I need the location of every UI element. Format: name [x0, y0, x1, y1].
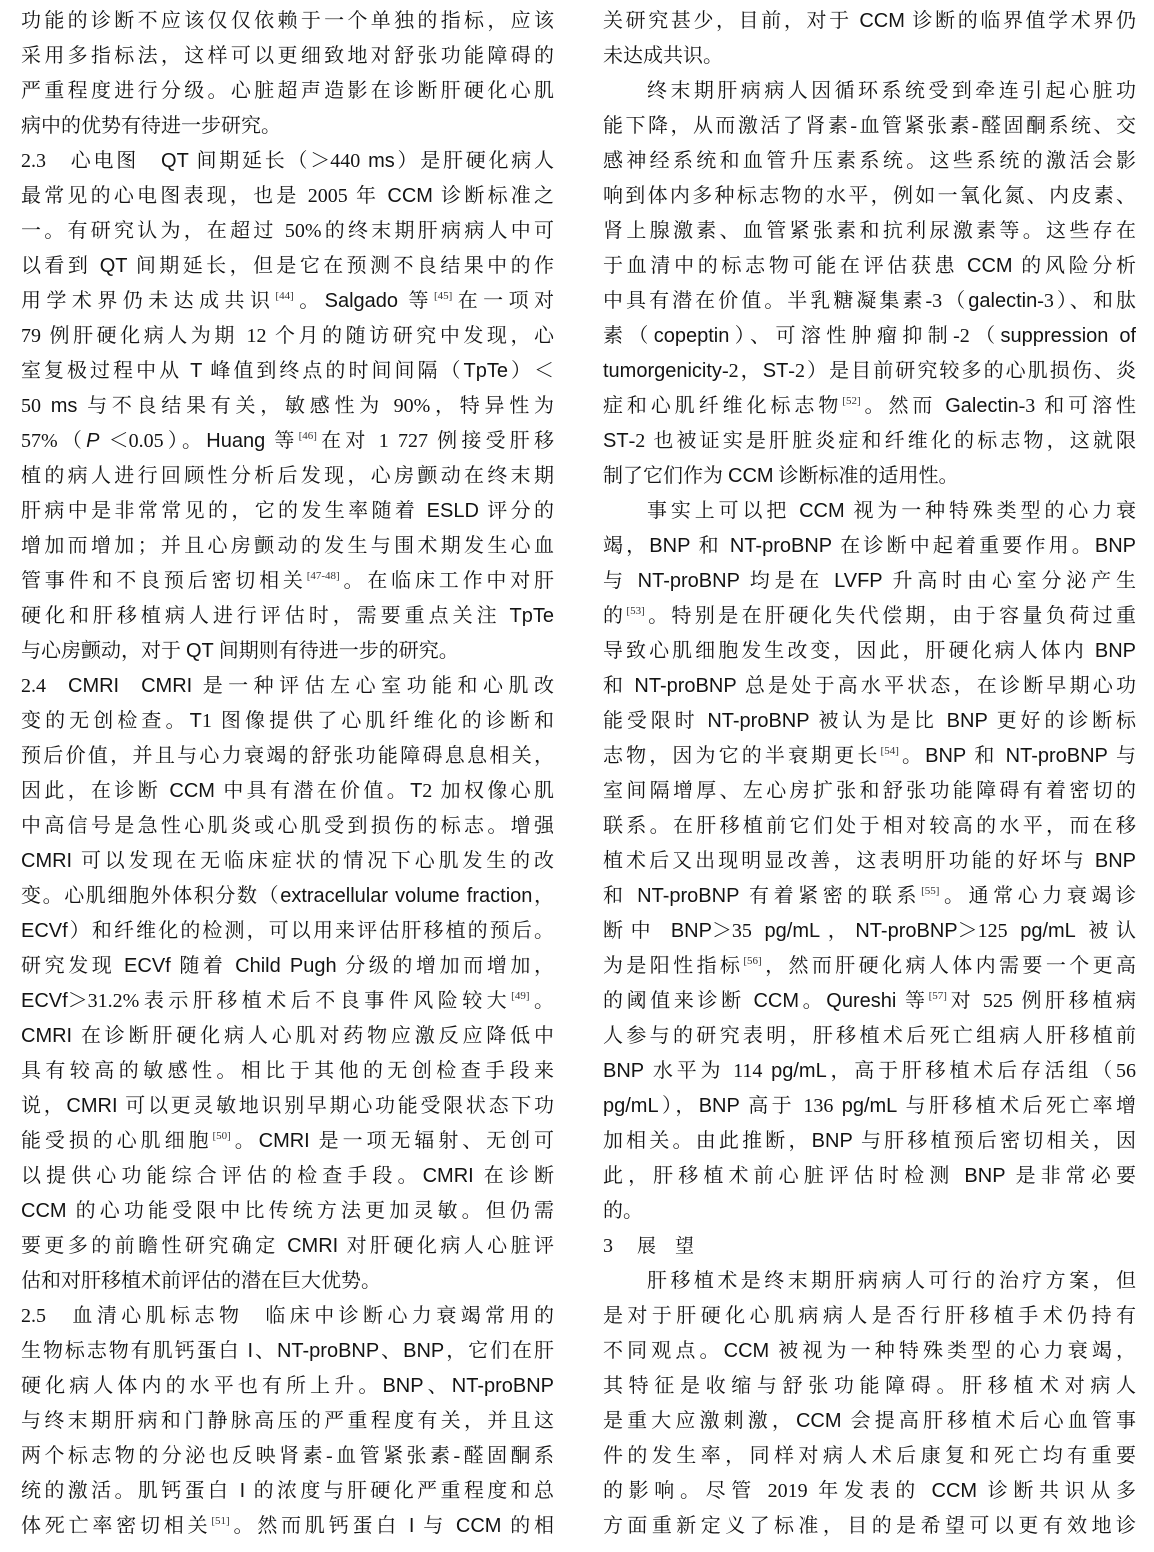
text-line: 症和心肌纤维化标志物[52]。然而 Galectin-3 和可溶性	[603, 389, 1136, 424]
latin-term: ECVf	[21, 920, 68, 942]
text-run: 分级的增加而增加，	[337, 955, 554, 977]
latin-term: NT-proBNP	[638, 570, 740, 592]
text-run: 是非常必要	[1006, 1165, 1136, 1187]
text-run: 是一项无辐射、无创可	[310, 1130, 554, 1152]
text-run: 。	[231, 1130, 259, 1152]
citation-ref: [52]	[842, 395, 860, 407]
latin-term: BNP	[699, 1095, 740, 1117]
text-run: 。	[799, 990, 826, 1012]
text-line: CCM 的心功能受限中比传统方法更加灵敏。但仍需	[21, 1194, 554, 1229]
text-run: ＞35	[712, 920, 765, 942]
text-run: 的。	[603, 1200, 643, 1222]
text-run: 与	[603, 570, 638, 592]
paper-page: 功能的诊断不应该仅仅依赖于一个单独的指标，应该采用多指标法，这样可以更细致地对舒…	[0, 0, 1154, 1552]
text-run: 以看到	[21, 255, 100, 277]
text-run: ＞125	[958, 920, 1021, 942]
text-run: 诊断标准的适用性。	[774, 465, 959, 487]
latin-term: ms	[368, 150, 395, 172]
text-run: ＞31.2%表示肝移植术后不良事件风险较大	[68, 990, 511, 1012]
text-run: 断中	[603, 920, 671, 942]
text-run: ）和纤维化的检测，可以用来评估肝移植的预后。	[68, 920, 554, 942]
citation-ref: [46]	[299, 430, 317, 442]
text-run: 、	[379, 1340, 403, 1362]
text-line: 生物标志物有肌钙蛋白 I、NT-proBNP、BNP，它们在肝	[21, 1334, 554, 1369]
text-run: 硬化和肝移植病人进行评估时，需要重点关注	[21, 605, 510, 627]
text-run: 等	[398, 290, 434, 312]
text-run: 关研究甚少，目前，对于	[603, 10, 859, 32]
text-run: 总是处于高水平状态，在诊断早期心功	[737, 675, 1136, 697]
text-run: 室间隔增厚、左心房扩张和舒张功能障碍有着密切的	[603, 780, 1136, 802]
text-run: 的相	[501, 1515, 554, 1537]
citation-ref: [44]	[275, 290, 293, 302]
latin-term: CCM	[387, 185, 433, 207]
text-line: 是重大应激刺激，CCM 会提高肝移植术后心血管事	[603, 1404, 1136, 1439]
latin-term: CCM	[932, 1480, 978, 1502]
text-run: 增加而增加；并且心房颤动的发生与围术期发生心血	[21, 535, 554, 557]
text-run: 。然而	[861, 395, 946, 417]
text-line: 一。有研究认为，在超过 50%的终末期肝病病人中可	[21, 214, 554, 249]
latin-term: CCM	[728, 465, 774, 487]
text-run: 肝病中是非常常见的，它的发生率随着	[21, 500, 427, 522]
text-run: 诊断的临界值学术界仍	[905, 10, 1136, 32]
text-line: 肾上腺激素、血管紧张素和抗利尿激素等。这些存在	[603, 214, 1136, 249]
text-line: 估和对肝移植术前评估的潜在巨大优势。	[21, 1264, 554, 1299]
text-line: 统的激活。肌钙蛋白 I 的浓度与肝硬化严重程度和总	[21, 1474, 554, 1509]
section-title: 血清心肌标志物	[68, 1305, 243, 1327]
text-run: 与不良结果有关，敏感性为 90%，特异性为	[77, 395, 554, 417]
text-line: 中具有潜在价值。半乳糖凝集素-3（galectin-3）、和肽	[603, 284, 1136, 319]
text-run: 有着紧密的联系	[739, 885, 921, 907]
text-run: 与终末期肝病和门静脉高压的严重程度有关，并且这	[21, 1410, 554, 1432]
latin-term: LVFP	[834, 570, 883, 592]
text-run: 不同观点。	[603, 1340, 724, 1362]
text-line: 方面重新定义了标准，目的是希望可以更有效地诊	[603, 1509, 1136, 1544]
text-run: 响到体内多种标志物的水平，例如一氧化氮、内皮素、	[603, 185, 1136, 207]
text-line: 用学术界仍未达成共识[44]。Salgado 等[45]在一项对	[21, 284, 554, 319]
text-line: 和 NT-proBNP 有着紧密的联系[55]。通常心力衰竭诊	[603, 879, 1136, 914]
text-line: 2.4CMRICMRI 是一种评估左心室功能和心肌改	[21, 669, 554, 704]
text-run: 和	[690, 535, 729, 557]
text-line: 管事件和不良预后密切相关[47-48]。在临床工作中对肝	[21, 564, 554, 599]
text-run: 感神经系统和血管升压素系统。这些系统的激活会影	[603, 150, 1136, 172]
text-run: 均是在	[740, 570, 834, 592]
text-line: 病中的优势有待进一步研究。	[21, 109, 554, 144]
text-line: 加相关。由此推断，BNP 与肝移植预后密切相关，因	[603, 1124, 1136, 1159]
latin-term: pg/mL	[603, 1095, 659, 1117]
text-run: 变。心肌细胞外体积分数（	[21, 885, 280, 907]
text-run: ）、可溶性肿瘤抑制-2（	[729, 325, 1000, 347]
latin-term: pg/mL	[1020, 920, 1076, 942]
text-run: 、	[253, 1340, 277, 1362]
text-run: 峰值到终点的时间间隔（	[202, 360, 463, 382]
text-run: 。	[530, 990, 555, 1012]
text-line: 以提供心功能综合评估的检查手段。CMRI 在诊断	[21, 1159, 554, 1194]
text-run: 被认为是比	[810, 710, 947, 732]
citation-ref: [55]	[921, 885, 939, 897]
text-line: 植的病人进行回顾性分析后发现，心房颤动在终末期	[21, 459, 554, 494]
text-line: 其特征是收缩与舒张功能障碍。肝移植术对病人	[603, 1369, 1136, 1404]
latin-term: pg/mL	[765, 920, 821, 942]
text-line: 中高信号是急性心肌炎或心肌受到损伤的标志。增强	[21, 809, 554, 844]
text-line: ST-2 也被证实是肝脏炎症和纤维化的标志物，这就限	[603, 424, 1136, 459]
text-run: 可以发现在无临床症状的情况下心肌发生的改	[72, 850, 554, 872]
text-line: 以看到 QT 间期延长，但是它在预测不良结果中的作	[21, 249, 554, 284]
text-line: 植术后又出现明显改善，这表明肝功能的好坏与 BNP	[603, 844, 1136, 879]
text-line: 与终末期肝病和门静脉高压的严重程度有关，并且这	[21, 1404, 554, 1439]
text-run: 间期延长（＞440	[189, 150, 368, 172]
section-number: 2.3	[21, 150, 46, 172]
latin-term: BNP	[403, 1340, 444, 1362]
latin-term: Qureshi	[826, 990, 896, 1012]
left-column: 功能的诊断不应该仅仅依赖于一个单独的指标，应该采用多指标法，这样可以更细致地对舒…	[21, 4, 554, 1544]
text-run: 事实上可以把	[647, 500, 799, 522]
text-run: 。	[294, 290, 325, 312]
section-heading: 3展 望	[603, 1229, 1136, 1264]
text-run: 和	[603, 885, 637, 907]
text-line: 为是阳性指标[56]，然而肝硬化病人体内需要一个更高	[603, 949, 1136, 984]
text-line: 严重程度进行分级。心脏超声造影在诊断肝硬化心肌	[21, 74, 554, 109]
text-run: 硬化病人体内的水平也有所上升。	[21, 1375, 382, 1397]
text-run: ，	[820, 920, 855, 942]
text-line: 导致心肌细胞发生改变，因此，肝硬化病人体内 BNP	[603, 634, 1136, 669]
text-run: 的浓度与肝硬化严重程度和总	[245, 1480, 554, 1502]
text-run: 估和对肝移植术前评估的潜在巨大优势。	[21, 1270, 381, 1292]
text-run: 研究发现	[21, 955, 124, 977]
latin-term: ms	[51, 395, 78, 417]
heading-number: 3	[603, 1235, 613, 1257]
text-line: 说，CMRI 可以更灵敏地识别早期心功能受限状态下功	[21, 1089, 554, 1124]
latin-term: T	[190, 710, 202, 732]
text-run: 。然而肌钙蛋白	[230, 1515, 409, 1537]
latin-term: ST	[763, 360, 789, 382]
text-line: pg/mL），BNP 高于 136 pg/mL 与肝移植术后死亡率增	[603, 1089, 1136, 1124]
latin-term: ECVf	[21, 990, 68, 1012]
latin-term: galectin	[968, 290, 1037, 312]
text-line: 要更多的前瞻性研究确定 CMRI 对肝硬化病人心脏评	[21, 1229, 554, 1264]
text-run: 中高信号是急性心肌炎或心肌受到损伤的标志。增强	[21, 815, 554, 837]
text-line: 2.5血清心肌标志物临床中诊断心力衰竭常用的	[21, 1299, 554, 1334]
text-line: 肝移植术是终末期肝病病人可行的治疗方案，但	[603, 1264, 1136, 1299]
text-run: 在诊断肝硬化病人心肌对药物应激反应降低中	[72, 1025, 554, 1047]
latin-term: NT-proBNP	[1006, 745, 1108, 767]
text-run: 在对 1 727 例接受肝移	[317, 430, 554, 452]
text-run: 的阈值来诊断	[603, 990, 753, 1012]
latin-term: CMRI	[21, 1025, 72, 1047]
text-run: 等	[265, 430, 298, 452]
latin-term: ECVf	[124, 955, 171, 977]
text-run: 说，	[21, 1095, 66, 1117]
latin-term: CCM	[859, 10, 905, 32]
latin-term: TpTe	[510, 605, 554, 627]
citation-ref: [50]	[212, 1130, 230, 1142]
heading-title: 展 望	[637, 1236, 694, 1257]
text-run: 因此，在诊断	[21, 780, 169, 802]
latin-term: BNP	[382, 1375, 423, 1397]
text-run: 志物，因为它的半衰期更长	[603, 745, 881, 767]
citation-ref: [57]	[929, 990, 947, 1002]
text-line: 肝病中是非常常见的，它的发生率随着 ESLD 评分的	[21, 494, 554, 529]
text-run: 79 例肝硬化病人为期 12 个月的随访研究中发现，心	[21, 325, 554, 347]
text-line: 的[53]。特别是在肝硬化失代偿期，由于容量负荷过重	[603, 599, 1136, 634]
section-title: CMRI	[68, 675, 119, 697]
text-run: 等	[896, 990, 928, 1012]
text-run: ），	[659, 1095, 699, 1117]
latin-term: CMRI	[287, 1235, 338, 1257]
text-line: 具有较高的敏感性。相比于其他的无创检查手段来	[21, 1054, 554, 1089]
latin-term: NT-proBNP	[855, 920, 957, 942]
text-run: 方面重新定义了标准，目的是希望可以更有效地诊	[603, 1515, 1136, 1537]
text-line: 竭，BNP 和 NT-proBNP 在诊断中起着重要作用。BNP	[603, 529, 1136, 564]
text-run: 用学术界仍未达成共识	[21, 290, 275, 312]
latin-term: T	[190, 360, 202, 382]
text-run: 诊断标准之	[433, 185, 554, 207]
text-run: 在诊断中起着重要作用。	[832, 535, 1095, 557]
text-line: 和 NT-proBNP 总是处于高水平状态，在诊断早期心功	[603, 669, 1136, 704]
latin-term: NT-proBNP	[452, 1375, 554, 1397]
text-line: 事实上可以把 CCM 视为一种特殊类型的心力衰	[603, 494, 1136, 529]
latin-term: QT	[161, 150, 189, 172]
right-column: 关研究甚少，目前，对于 CCM 诊断的临界值学术界仍未达成共识。终末期肝病病人因…	[603, 4, 1136, 1544]
text-line: ECVf＞31.2%表示肝移植术后不良事件风险较大[49]。	[21, 984, 554, 1019]
text-line: 57%（P ＜0.05）。Huang 等[46]在对 1 727 例接受肝移	[21, 424, 554, 459]
latin-term: BNP	[1095, 850, 1136, 872]
latin-term: BNP	[649, 535, 690, 557]
text-run: 病中的优势有待进一步研究。	[21, 115, 281, 137]
text-run: 诊断共识从多	[977, 1480, 1136, 1502]
text-run: 被认	[1076, 920, 1136, 942]
text-run: 植的病人进行回顾性分析后发现，心房颤动在终末期	[21, 465, 554, 487]
text-run: 被视为一种特殊类型的心力衰竭，	[769, 1340, 1136, 1362]
latin-term: pg/mL	[842, 1095, 898, 1117]
text-run: 中具有潜在价值。半乳糖凝集素-3（	[603, 290, 968, 312]
text-line: 不同观点。CCM 被视为一种特殊类型的心力衰竭，	[603, 1334, 1136, 1369]
text-run: 变的无创检查。	[21, 710, 190, 732]
text-run: 可以更灵敏地识别早期心功能受限状态下功	[118, 1095, 554, 1117]
text-line: 志物，因为它的半衰期更长[54]。BNP 和 NT-proBNP 与	[603, 739, 1136, 774]
text-run: 与	[414, 1515, 455, 1537]
text-line: 的影响。尽管 2019 年发表的 CCM 诊断共识从多	[603, 1474, 1136, 1509]
text-run: ，它们在肝	[444, 1340, 554, 1362]
text-line: 因此，在诊断 CCM 中具有潜在价值。T2 加权像心肌	[21, 774, 554, 809]
text-line: 终末期肝病病人因循环系统受到牵连引起心脏功	[603, 74, 1136, 109]
text-run: 评分的	[479, 500, 554, 522]
text-run: 1 图像提供了心肌纤维化的诊断和	[202, 710, 554, 732]
text-run: ＜0.05）。	[99, 430, 206, 452]
text-run: 57%（	[21, 430, 86, 452]
latin-term: ESLD	[427, 500, 479, 522]
text-run: 此，肝移植术前心脏评估时检测	[603, 1165, 964, 1187]
text-run: 高于 136	[740, 1095, 842, 1117]
text-run: 临床中诊断心力衰竭常用的	[265, 1305, 554, 1327]
text-line: 响到体内多种标志物的水平，例如一氧化氮、内皮素、	[603, 179, 1136, 214]
text-run: 一。有研究认为，在超过 50%的终末期肝病病人中可	[21, 220, 554, 242]
text-run: 加相关。由此推断，	[603, 1130, 812, 1152]
latin-term: CCM	[796, 1410, 842, 1432]
text-line: 与心房颤动，对于 QT 间期则有待进一步的研究。	[21, 634, 554, 669]
text-run: 能下降，从而激活了肾素-血管紧张素-醛固酮系统、交	[603, 115, 1136, 137]
text-run: 植术后又出现明显改善，这表明肝功能的好坏与	[603, 850, 1095, 872]
text-run: 能受损的心肌细胞	[21, 1130, 212, 1152]
latin-term: NT-proBNP	[707, 710, 809, 732]
text-run: 2 加权像心肌	[422, 780, 554, 802]
text-run: 症和心肌纤维化标志物	[603, 395, 842, 417]
text-run: 其特征是收缩与舒张功能障碍。肝移植术对病人	[603, 1375, 1136, 1397]
text-run: 最常见的心电图表现，也是 2005 年	[21, 185, 387, 207]
text-run: 功能的诊断不应该仅仅依赖于一个单独的指标，应该	[21, 10, 554, 32]
text-line: 能受损的心肌细胞[50]。CMRI 是一项无辐射、无创可	[21, 1124, 554, 1159]
latin-term: CMRI	[66, 1095, 117, 1117]
text-run: 严重程度进行分级。心脏超声造影在诊断肝硬化心肌	[21, 80, 554, 102]
text-run: 两个标志物的分泌也反映肾素-血管紧张素-醛固酮系	[21, 1445, 554, 1467]
text-run: 于血清中的标志物可能在评估获患	[603, 255, 967, 277]
citation-ref: [45]	[434, 290, 452, 302]
text-run: 。通常心力衰竭诊	[939, 885, 1136, 907]
text-run: 室复极过程中从	[21, 360, 190, 382]
latin-term: QT	[100, 255, 128, 277]
text-line: 室间隔增厚、左心房扩张和舒张功能障碍有着密切的	[603, 774, 1136, 809]
text-run: -2）是目前研究较多的心肌损伤、炎	[788, 360, 1136, 382]
text-line: 室复极过程中从 T 峰值到终点的时间间隔（TpTe）＜	[21, 354, 554, 389]
text-run: 终末期肝病病人因循环系统受到牵连引起心脏功	[647, 80, 1136, 102]
citation-ref: [51]	[211, 1515, 229, 1527]
text-line: 此，肝移植术前心脏评估时检测 BNP 是非常必要	[603, 1159, 1136, 1194]
text-run: 为是阳性指标	[603, 955, 743, 977]
latin-term: BNP	[1095, 640, 1136, 662]
text-line: 能下降，从而激活了肾素-血管紧张素-醛固酮系统、交	[603, 109, 1136, 144]
text-line: 硬化和肝移植病人进行评估时，需要重点关注 TpTe	[21, 599, 554, 634]
text-run: 会提高肝移植术后心血管事	[842, 1410, 1136, 1432]
text-run: 肾上腺激素、血管紧张素和抗利尿激素等。这些存在	[603, 220, 1136, 242]
text-run: 制了它们作为	[603, 465, 728, 487]
text-run: 、	[424, 1375, 452, 1397]
text-run: ）是肝硬化病人	[395, 150, 554, 172]
latin-term: CCM	[753, 990, 799, 1012]
text-run: 联系。在肝移植前它们处于相对较高的水平，而在移	[603, 815, 1136, 837]
citation-ref: [56]	[743, 955, 761, 967]
section-number: 2.4	[21, 675, 46, 697]
text-line: ECVf）和纤维化的检测，可以用来评估肝移植的预后。	[21, 914, 554, 949]
text-line: CMRI 可以发现在无临床症状的情况下心肌发生的改	[21, 844, 554, 879]
text-run: ，	[532, 885, 554, 907]
text-line: 未达成共识。	[603, 39, 1136, 74]
latin-term: QT	[186, 640, 214, 662]
latin-term: CMRI	[423, 1165, 474, 1187]
latin-term: copeptin	[654, 325, 730, 347]
text-run: 要更多的前瞻性研究确定	[21, 1235, 287, 1257]
text-line: 变。心肌细胞外体积分数（extracellular volume fractio…	[21, 879, 554, 914]
text-run: 是重大应激刺激，	[603, 1410, 796, 1432]
text-run: 管事件和不良预后密切相关	[21, 570, 307, 592]
text-run: ）＜	[508, 360, 554, 382]
italic-symbol: P	[86, 430, 99, 452]
text-line: 是对于肝硬化心肌病病人是否行肝移植手术仍持有	[603, 1299, 1136, 1334]
section-title: 心电图	[68, 150, 139, 172]
text-line: 硬化病人体内的水平也有所上升。BNP、NT-proBNP	[21, 1369, 554, 1404]
text-run: 的影响。尽管 2019 年发表的	[603, 1480, 932, 1502]
latin-term: CMRI	[141, 675, 192, 697]
text-run: 采用多指标法，这样可以更细致地对舒张功能障碍的	[21, 45, 554, 67]
latin-term: CMRI	[21, 850, 72, 872]
latin-term: CCM	[799, 500, 845, 522]
latin-term: Huang	[206, 430, 265, 452]
text-run: 。	[899, 745, 925, 767]
text-line: 最常见的心电图表现，也是 2005 年 CCM 诊断标准之	[21, 179, 554, 214]
latin-term: CCM	[21, 1200, 67, 1222]
text-line: 的阈值来诊断 CCM。Qureshi 等[57]对 525 例肝移植病	[603, 984, 1136, 1019]
text-line: 2.3心电图QT 间期延长（＞440 ms）是肝硬化病人	[21, 144, 554, 179]
latin-term: CCM	[169, 780, 215, 802]
latin-term: TpTe	[464, 360, 508, 382]
text-line: 与 NT-proBNP 均是在 LVFP 升高时由心室分泌产生	[603, 564, 1136, 599]
latin-term: ST	[603, 430, 629, 452]
latin-term: extracellular volume fraction	[280, 885, 532, 907]
text-line: 预后价值，并且与心力衰竭的舒张功能障碍息息相关，	[21, 739, 554, 774]
text-line: tumorgenicity-2，ST-2）是目前研究较多的心肌损伤、炎	[603, 354, 1136, 389]
text-line: 感神经系统和血管升压素系统。这些系统的激活会影	[603, 144, 1136, 179]
text-line: 能受限时 NT-proBNP 被认为是比 BNP 更好的诊断标	[603, 704, 1136, 739]
text-run: 间期延长，但是它在预测不良结果中的作	[127, 255, 554, 277]
text-run: 人参与的研究表明，肝移植术后死亡组病人肝移植前	[603, 1025, 1136, 1047]
text-run: 能受限时	[603, 710, 707, 732]
text-run: 预后价值，并且与心力衰竭的舒张功能障碍息息相关，	[21, 745, 554, 767]
text-run: -3）、和肽	[1037, 290, 1136, 312]
latin-term: BNP	[1095, 535, 1136, 557]
text-line: 研究发现 ECVf 随着 Child Pugh 分级的增加而增加，	[21, 949, 554, 984]
text-line: 人参与的研究表明，肝移植术后死亡组病人肝移植前	[603, 1019, 1136, 1054]
text-run: -3 和可溶性	[1019, 395, 1136, 417]
latin-term: CCM	[967, 255, 1013, 277]
text-run: 和	[966, 745, 1005, 767]
text-run: -2 也被证实是肝脏炎症和纤维化的标志物，这就限	[629, 430, 1136, 452]
text-run: 的风险分析	[1013, 255, 1136, 277]
text-line: 于血清中的标志物可能在评估获患 CCM 的风险分析	[603, 249, 1136, 284]
text-line: 变的无创检查。T1 图像提供了心肌纤维化的诊断和	[21, 704, 554, 739]
text-run: 生物标志物有肌钙蛋白	[21, 1340, 247, 1362]
text-line: 断中 BNP＞35 pg/mL，NT-proBNP＞125 pg/mL 被认	[603, 914, 1136, 949]
text-run: 对肝硬化病人心脏评	[338, 1235, 554, 1257]
text-line: 制了它们作为 CCM 诊断标准的适用性。	[603, 459, 1136, 494]
text-run: 件的发生率，同样对病人术后康复和死亡均有重要	[603, 1445, 1136, 1467]
latin-term: suppression of	[1001, 325, 1136, 347]
text-run: 竭，	[603, 535, 649, 557]
citation-ref: [54]	[881, 745, 899, 757]
text-run: 。特别是在肝硬化失代偿期，由于容量负荷过重	[645, 605, 1136, 627]
text-run: 50	[21, 395, 51, 417]
latin-term: BNP	[603, 1060, 644, 1082]
text-line: 体死亡率密切相关[51]。然而肌钙蛋白 I 与 CCM 的相	[21, 1509, 554, 1544]
text-line: 增加而增加；并且心房颤动的发生与围术期发生心血	[21, 529, 554, 564]
latin-term: Salgado	[325, 290, 398, 312]
text-run: 间期则有待进一步的研究。	[214, 640, 459, 662]
text-run: 在一项对	[452, 290, 554, 312]
text-run: 和	[603, 675, 634, 697]
text-line: 的。	[603, 1194, 1136, 1229]
latin-term: CMRI	[259, 1130, 310, 1152]
text-line: 联系。在肝移植前它们处于相对较高的水平，而在移	[603, 809, 1136, 844]
latin-term: NT-proBNP	[730, 535, 832, 557]
text-run: 视为一种特殊类型的心力衰	[845, 500, 1136, 522]
latin-term: BNP	[671, 920, 712, 942]
text-line: 两个标志物的分泌也反映肾素-血管紧张素-醛固酮系	[21, 1439, 554, 1474]
citation-ref: [53]	[626, 605, 644, 617]
text-run: 具有较高的敏感性。相比于其他的无创检查手段来	[21, 1060, 554, 1082]
text-run: 体死亡率密切相关	[21, 1515, 211, 1537]
text-line: 关研究甚少，目前，对于 CCM 诊断的临界值学术界仍	[603, 4, 1136, 39]
text-line: BNP 水平为 114 pg/mL，高于肝移植术后存活组（56	[603, 1054, 1136, 1089]
latin-term: BNP	[947, 710, 988, 732]
text-run: 是一种评估左心室功能和心肌改	[192, 675, 554, 697]
text-run: 在诊断	[474, 1165, 554, 1187]
